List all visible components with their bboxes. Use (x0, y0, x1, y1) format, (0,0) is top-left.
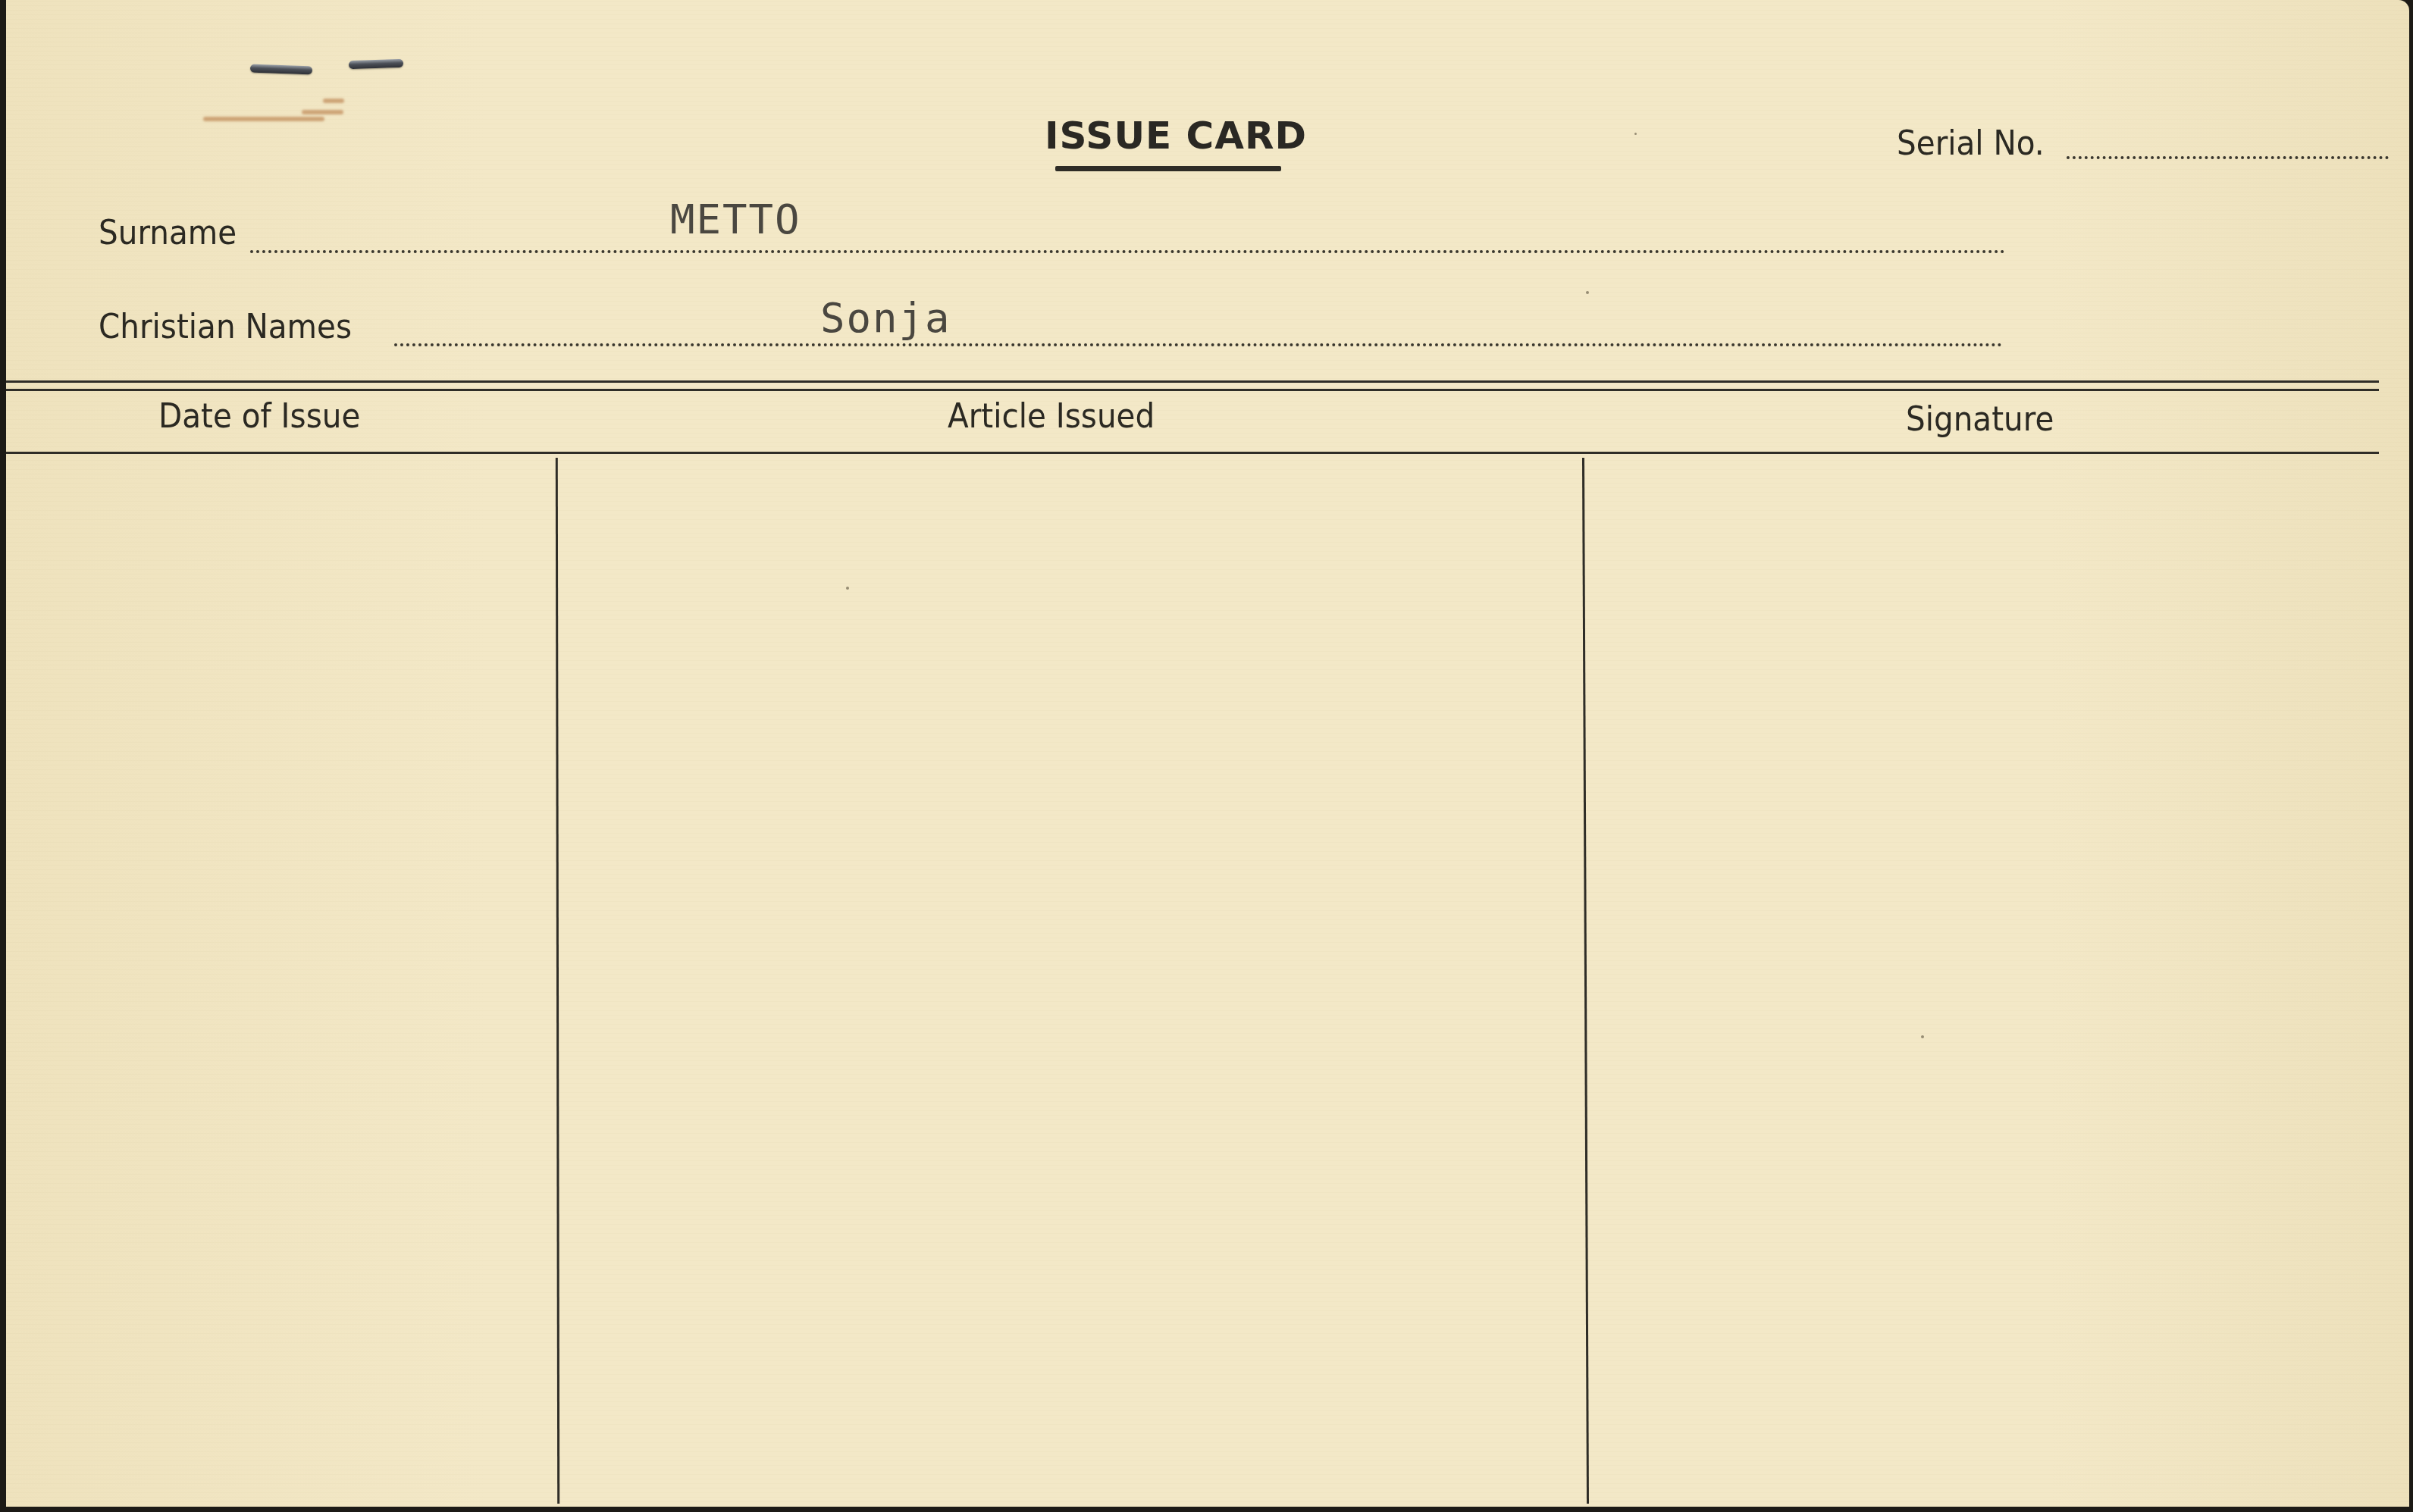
staple-right (349, 59, 403, 70)
column-header-article-issued: Article Issued (948, 396, 1155, 436)
signature-column-cell[interactable] (1587, 456, 2403, 1499)
christian-names-label: Christian Names (99, 306, 352, 346)
paper-speck (1921, 1035, 1924, 1038)
paper-speck (846, 587, 849, 590)
column-header-signature: Signature (1906, 399, 2054, 439)
rust-stain (203, 117, 324, 121)
christian-names-value: Sonja (820, 294, 951, 342)
date-of-issue-column-cell[interactable] (6, 456, 555, 1499)
surname-value: METTO (670, 196, 801, 243)
paper-speck (1586, 291, 1589, 294)
table-header-rule (6, 452, 2379, 454)
article-issued-column-cell[interactable] (559, 456, 1583, 1499)
table-top-rule-inner (6, 389, 2379, 391)
rust-stain (323, 99, 344, 103)
christian-names-field[interactable] (394, 343, 2003, 346)
column-header-date-of-issue: Date of Issue (158, 396, 360, 436)
issue-card: ISSUE CARD Serial No. Surname METTO Chri… (6, 0, 2409, 1507)
serial-number-field[interactable] (2067, 156, 2389, 159)
serial-number-label: Serial No. (1897, 123, 2045, 163)
paper-speck (1634, 133, 1637, 135)
card-title: ISSUE CARD (1045, 114, 1307, 158)
surname-field[interactable] (250, 250, 2006, 253)
title-underline (1055, 166, 1281, 171)
rust-stain (302, 110, 343, 114)
surname-label: Surname (99, 212, 237, 252)
table-top-rule (6, 380, 2379, 383)
staple-left (250, 64, 312, 75)
